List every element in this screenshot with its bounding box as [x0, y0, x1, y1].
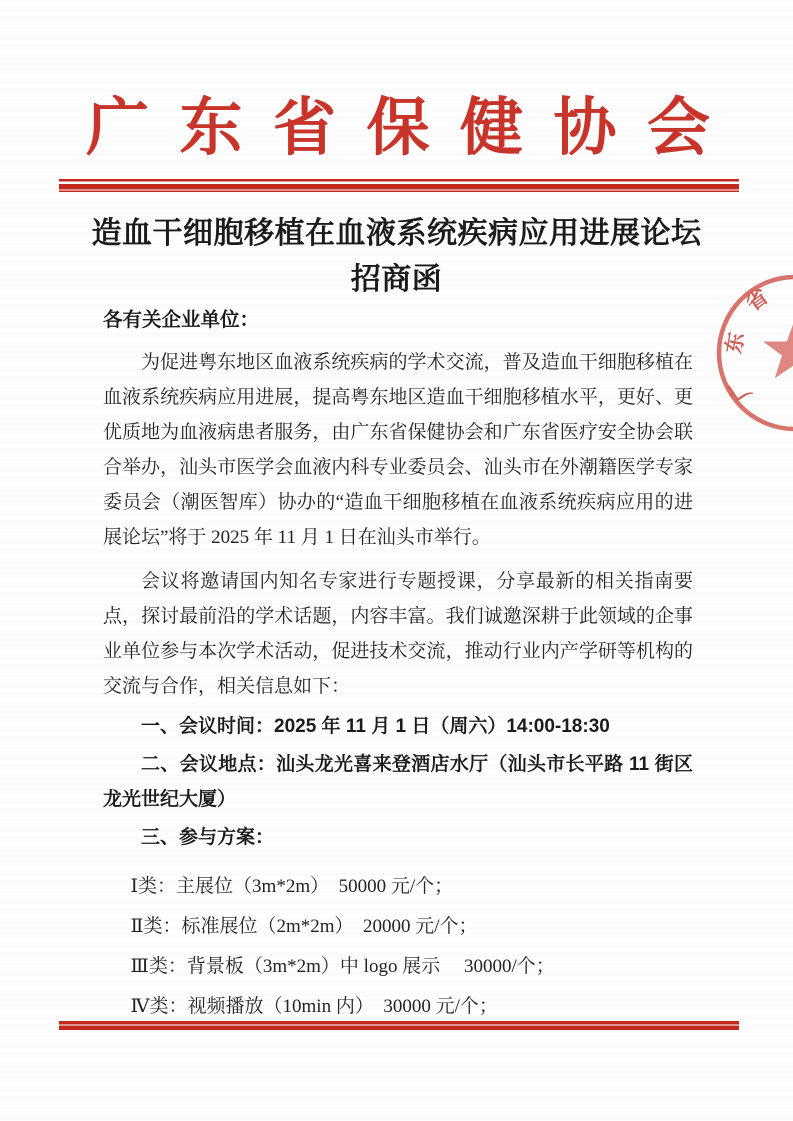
seal-character-bottom: 广: [724, 375, 756, 406]
letterhead-org-name: 广 东 省 保 健 协 会: [86, 92, 710, 164]
document-title: 造血干细胞移植在血液系统疾病应用进展论坛 招商函: [0, 211, 793, 303]
participation-plans-list: Ⅰ类：主展位（3m*2m） 50000 元/个； Ⅱ类：标准展位（2m*2m） …: [103, 867, 693, 1027]
meeting-time-line: 一、会议时间：2025 年 11 月 1 日（周六）14:00-18:30: [103, 709, 693, 744]
salutation: 各有关企业单位：: [103, 303, 693, 338]
letter-body: 各有关企业单位： 为促进粤东地区血液系统疾病的学术交流，普及造血干细胞移植在血液…: [103, 303, 693, 1027]
meeting-venue-line: 二、会议地点：汕头龙光喜来登酒店水厅（汕头市长平路 11 街区龙光世纪大厦）: [103, 747, 693, 817]
letterhead-rule: [59, 179, 739, 192]
paragraph-introduction: 为促进粤东地区血液系统疾病的学术交流，普及造血干细胞移植在血液系统疾病应用进展，…: [103, 345, 693, 555]
plan-item-1: Ⅰ类：主展位（3m*2m） 50000 元/个；: [103, 867, 693, 907]
document-page: 广 东 省 保 健 协 会 造血干细胞移植在血液系统疾病应用进展论坛 招商函 各…: [0, 0, 793, 1121]
document-title-line2: 招商函: [0, 257, 793, 303]
participation-plans-heading: 三、参与方案：: [103, 820, 693, 855]
plan-item-2: Ⅱ类：标准展位（2m*2m） 20000 元/个；: [103, 907, 693, 947]
plan-item-3: Ⅲ类：背景板（3m*2m）中 logo 展示 30000/个；: [103, 947, 693, 987]
seal-character-middle: 东: [721, 331, 748, 356]
paragraph-invitation: 会议将邀请国内知名专家进行专题授课，分享最新的相关指南要点，探讨最前沿的学术话题…: [103, 564, 693, 704]
seal-character-top: 省: [741, 284, 772, 316]
document-title-line1: 造血干细胞移植在血液系统疾病应用进展论坛: [0, 211, 793, 257]
seal-star-icon: [763, 319, 793, 378]
footer-rule: [59, 1021, 739, 1030]
official-seal-stamp: 省 东 广: [693, 270, 793, 440]
